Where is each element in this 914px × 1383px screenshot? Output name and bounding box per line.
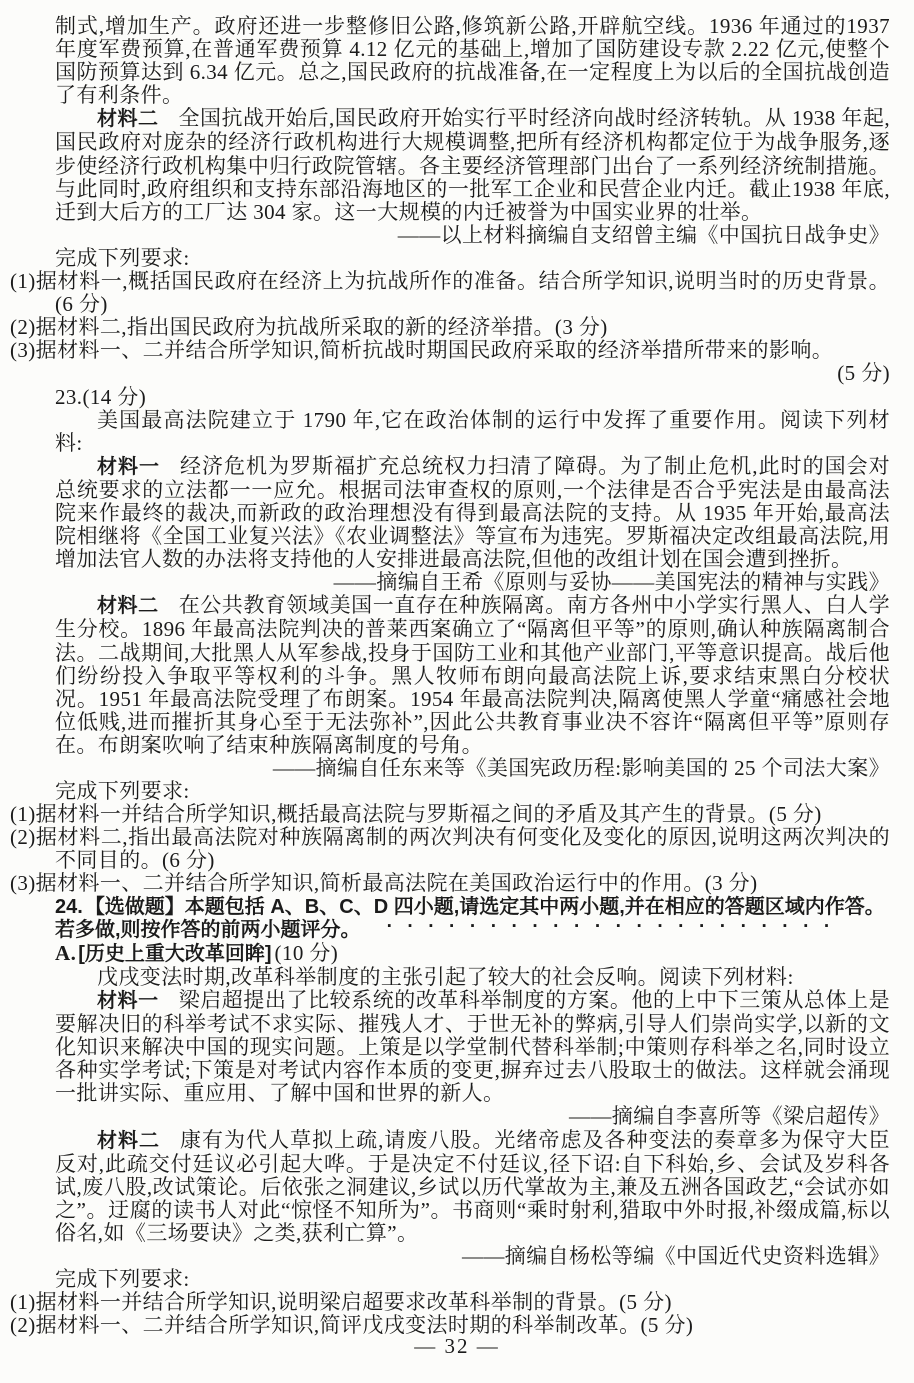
q22-material2-text: 全国抗战开始后,国民政府开始实行平时经济向战时经济转轨。从 1938 年起,国民… [55,106,890,223]
q22-subquestion-3: (3)据材料一、二并结合所学知识,简析抗战时期国民政府采取的经济举措所带来的影响… [55,339,890,362]
q24-number: 24. [55,896,83,918]
q23-subquestion-1: (1)据材料一并结合所学知识,概括最高法院与罗斯福之间的矛盾及其产生的背景。(5… [55,803,890,826]
section-a-subquestion-1: (1)据材料一并结合所学知识,说明梁启超要求改革科举制的背景。(5 分) [55,1291,890,1314]
exam-page: 制式,增加生产。政府还进一步整修旧公路,修筑新公路,开辟航空线。1936 年通过… [0,0,914,1383]
q23-subquestion-2: (2)据材料二,指出最高法院对种族隔离制的两次判决有何变化及变化的原因,说明这两… [55,826,890,872]
section-a-requirements-heading: 完成下列要求: [55,1268,890,1291]
q22-subquestion-1: (1)据材料一,概括国民政府在经济上为抗战所作的准备。结合所学知识,说明当时的历… [55,270,890,316]
q23-source-attribution-1: ——摘编自王希《原则与妥协——美国宪法的精神与实践》 [55,571,890,594]
section-a-material2-text: 康有为代人草拟上疏,请废八股。光绪帝虑及各种变法的奏章多为保守大臣反对,此疏交付… [55,1128,890,1245]
q23-intro: 美国最高法院建立于 1790 年,它在政治体制的运行中发挥了重要作用。阅读下列材… [55,409,890,455]
q23-subquestion-3: (3)据材料一、二并结合所学知识,简析最高法院在美国政治运行中的作用。(3 分) [55,872,890,895]
section-a-score: (10 分) [275,941,339,965]
q22-requirements-heading: 完成下列要求: [55,247,890,270]
section-a-label: A. [55,941,76,965]
page-body: 制式,增加生产。政府还进一步整修旧公路,修筑新公路,开辟航空线。1936 年通过… [55,15,890,1337]
section-a-material1-label: 材料一 [97,990,159,1012]
q23-material2-label: 材料二 [97,595,159,617]
q23-material2-paragraph: 材料二在公共教育领域美国一直存在种族隔离。南方各州中小学实行黑人、白人学生分校。… [55,594,890,757]
q23-material1-text: 经济危机为罗斯福扩充总统权力扫清了障碍。为了制止危机,此时的国会对总统要求的立法… [55,454,890,571]
emphasis-dots: ······················ [387,915,890,938]
q22-subquestion-3-score: (5 分) [55,362,890,385]
section-a-material2-label: 材料二 [97,1130,160,1152]
section-a-material1-paragraph: 材料一梁启超提出了比较系统的改革科举制度的方案。他的上中下三策从总体上是要解决旧… [55,989,890,1105]
section-a-title: [历史上重大改革回眸] [78,943,271,965]
q22-material2-label: 材料二 [97,108,159,130]
section-a-source-attribution-2: ——摘编自杨松等编《中国近代史资料选辑》 [55,1245,890,1268]
page-number: — 32 — [0,1335,914,1358]
q23-material1-label: 材料一 [97,456,160,478]
q23-requirements-heading: 完成下列要求: [55,780,890,803]
section-a-source-attribution-1: ——摘编自李喜所等《梁启超传》 [55,1105,890,1128]
q23-heading: 23.(14 分) [55,386,890,409]
q22-subquestion-2: (2)据材料二,指出国民政府为抗战所采取的新的经济举措。(3 分) [55,316,890,339]
q23-material2-text: 在公共教育领域美国一直存在种族隔离。南方各州中小学实行黑人、白人学生分校。189… [55,593,890,757]
q22-continuation-paragraph: 制式,增加生产。政府还进一步整修旧公路,修筑新公路,开辟航空线。1936 年通过… [55,15,890,107]
q23-source-attribution-2: ——摘编自任东来等《美国宪政历程:影响美国的 25 个司法大案》 [55,757,890,780]
q22-source-attribution: ——以上材料摘编自支绍曾主编《中国抗日战争史》 [55,224,890,247]
section-a-material1-text: 梁启超提出了比较系统的改革科举制度的方案。他的上中下三策从总体上是要解决旧的科举… [55,988,890,1105]
section-a-intro: 戊戌变法时期,改革科举制度的主张引起了较大的社会反响。阅读下列材料: [55,966,890,989]
section-a-material2-paragraph: 材料二康有为代人草拟上疏,请废八股。光绪帝虑及各种变法的奏章多为保守大臣反对,此… [55,1129,890,1245]
q22-material2-paragraph: 材料二全国抗战开始后,国民政府开始实行平时经济向战时经济转轨。从 1938 年起… [55,107,890,223]
q23-material1-paragraph: 材料一经济危机为罗斯福扩充总统权力扫清了障碍。为了制止危机,此时的国会对总统要求… [55,455,890,571]
q24-heading-line2: 若多做,则按作答的前两小题评分。······················ [55,919,890,942]
q24-instruction-line2: 若多做,则按作答的前两小题评分。 [55,919,361,942]
section-a-heading: A.[历史上重大改革回眸](10 分) [55,942,890,966]
